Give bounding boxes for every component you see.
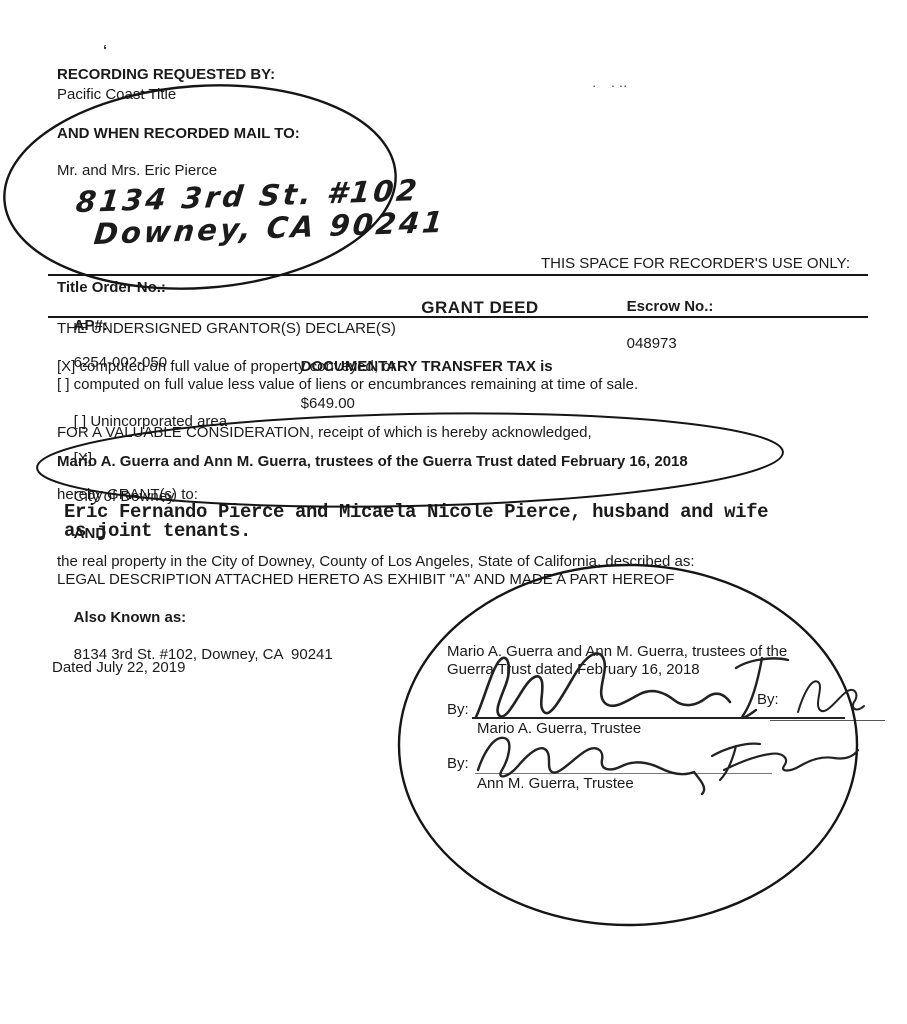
hand-drawn-circle-signatures [399, 565, 857, 925]
grantor-declares-line: THE UNDERSIGNED GRANTOR(S) DECLARE(S) [57, 320, 396, 339]
transfer-tax-value: $649.00 [301, 395, 355, 412]
escrow-value: 048973 [627, 335, 677, 352]
divider-rule-second [48, 316, 868, 318]
checkbox-line-less-liens: [ ] computed on full value less value of… [57, 376, 638, 395]
property-intro-line: the real property in the City of Downey,… [57, 553, 695, 572]
grantors-line: Mario A. Guerra and Ann M. Guerra, trust… [57, 453, 688, 472]
consideration-line: FOR A VALUABLE CONSIDERATION, receipt of… [57, 424, 592, 443]
grantees-line-2: as joint tenants. [64, 520, 251, 544]
recording-requested-label: RECORDING REQUESTED BY: [57, 66, 275, 85]
by-label-1: By: [447, 701, 469, 720]
scan-dot-marks: · · ·· [592, 78, 627, 94]
mail-to-name: Mr. and Mrs. Eric Pierce [57, 162, 217, 181]
mail-to-label: AND WHEN RECORDED MAIL TO: [57, 125, 300, 144]
grant-deed-document: ‘ · · ·· RECORDING REQUESTED BY: Pacific… [0, 0, 907, 1024]
trust-block-line2: Guerra Trust dated February 16, 2018 [447, 661, 700, 680]
escrow-line: Escrow No.: 048973 [610, 279, 713, 373]
divider-rule-top [48, 274, 868, 276]
signature-line-2 [475, 773, 772, 774]
trust-block-line1: Mario A. Guerra and Ann M. Guerra, trust… [447, 643, 787, 662]
recording-party: Pacific Coast Title [57, 86, 176, 105]
dated-line: Dated July 22, 2019 [52, 659, 185, 678]
scan-tick-mark: ‘ [103, 42, 107, 61]
signature-line-1-extension [770, 720, 885, 721]
title-order-label: Title Order No.: [57, 279, 166, 298]
signer2-name: Ann M. Guerra, Trustee [477, 775, 634, 794]
ann-signature-trustee-word [712, 744, 858, 780]
signer1-name: Mario A. Guerra, Trustee [477, 720, 641, 739]
initials-signature [798, 681, 864, 712]
checkbox-line-full-value: [X] computed on full value of property c… [57, 358, 396, 377]
legal-description-line: LEGAL DESCRIPTION ATTACHED HERETO AS EXH… [57, 571, 674, 590]
by-label-3: By: [447, 755, 469, 774]
recorder-space-note: THIS SPACE FOR RECORDER'S USE ONLY: [450, 255, 850, 274]
signature-line-1 [472, 717, 845, 719]
escrow-label: Escrow No.: [627, 298, 714, 315]
aka-label: Also Known as: [74, 609, 187, 626]
by-label-2: By: [757, 691, 779, 710]
